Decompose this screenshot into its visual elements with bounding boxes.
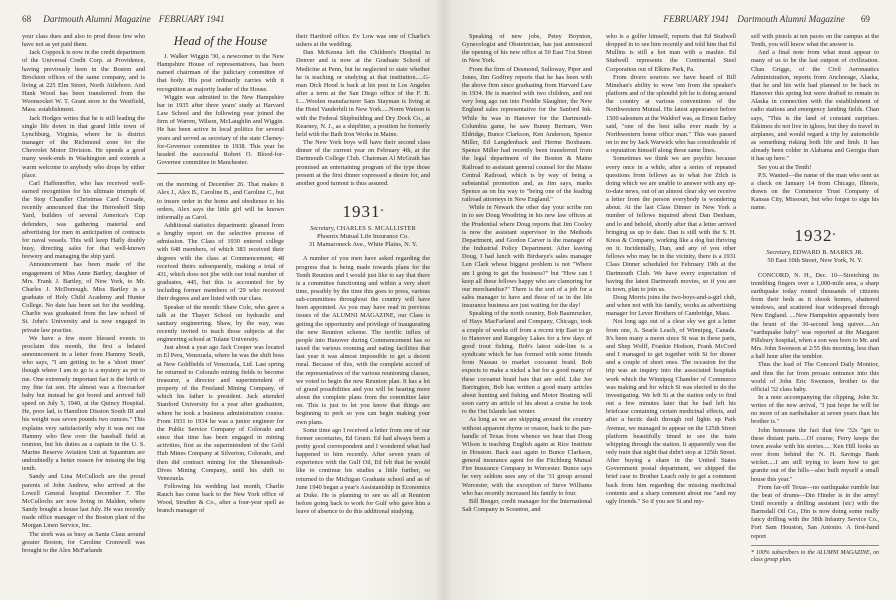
paragraph: self with pistols at ten paces on the ca…	[751, 33, 879, 49]
issue-date: FEBRUARY 1941	[663, 14, 729, 24]
magazine-title: Dartmouth Alumni Magazine	[737, 14, 845, 24]
column: your class dues and also to prod those f…	[22, 33, 145, 555]
paragraph: In a note accompanying the clipping, Joh…	[751, 394, 879, 427]
secretary-line: Secretary, CHARLES S. MCALLISTER	[296, 225, 430, 233]
paragraph: on the morning of December 26. That make…	[157, 181, 284, 222]
paragraph: As long as we are skipping around the co…	[462, 416, 592, 498]
paragraph: Doug Morris joins the two-boys-and-a-gir…	[606, 294, 736, 318]
paragraph: John bemoans the fact that few '32s "get…	[751, 427, 879, 484]
paragraph: Wiggin was admitted to the New Hampshire…	[157, 94, 284, 167]
column: Head of the House J. Walker Wiggin '30, …	[157, 33, 284, 516]
paragraph: And a final note from what must appear t…	[751, 49, 879, 163]
paragraph: Sometimes we think we are psychic becaus…	[606, 155, 736, 294]
class-section-1932: 1932* Secretary, EDWARD B. MARKS JR. 50 …	[751, 226, 879, 540]
magazine-title: Dartmouth Alumni Magazine	[43, 14, 151, 24]
right-page: FEBRUARY 1941Dartmouth Alumni Magazine69…	[448, 0, 896, 600]
running-head-left: 68Dartmouth Alumni MagazineFEBRUARY 1941	[22, 14, 225, 24]
paragraph: While in Newark the other day your scrib…	[462, 204, 592, 310]
paragraph: your class dues and also to prod those f…	[22, 33, 145, 49]
column: Speaking of new jobs, Petey Boynton, Gyn…	[462, 33, 592, 514]
class-heading: 1931*	[296, 202, 430, 222]
paragraph: The New York boys will have their second…	[296, 139, 430, 188]
secretary-name: CHARLES S. MCALLISTER	[336, 225, 415, 232]
paragraph: Following his wedding last month, Charli…	[157, 483, 284, 516]
paragraph: J. Walker Wiggin '30, a newcomer to the …	[157, 53, 284, 94]
paragraph: A number of you men have asked regarding…	[296, 255, 430, 426]
sidebar-title: Head of the House	[157, 33, 284, 49]
paragraph: their Hartford office. Ev Low was one of…	[296, 33, 430, 49]
paragraph: Announcement has been made of the engage…	[22, 261, 145, 334]
divider	[157, 173, 284, 174]
secretary-address: 31 Mamaroneck Ave., White Plains, N. Y.	[296, 241, 430, 249]
paragraph: The stork was as busy as Santa Claus aro…	[22, 531, 145, 555]
left-page: 68Dartmouth Alumni MagazineFEBRUARY 1941…	[0, 0, 448, 600]
paragraph: CONCORD, N. H., Dec. 10—Stretching its t…	[751, 272, 879, 362]
paragraph: Speaking of new jobs, Petey Boynton, Gyn…	[462, 33, 592, 66]
paragraph: From far-off Texas—no earthquake rumble …	[751, 484, 879, 541]
class-section-1931: 1931* Secretary, CHARLES S. MCALLISTER P…	[296, 202, 430, 516]
magazine-spread: 68Dartmouth Alumni MagazineFEBRUARY 1941…	[0, 0, 896, 600]
paragraph: Speaking of the north country, Bob Baumr…	[462, 310, 592, 416]
paragraph: Dan McKenna left the Children's Hospital…	[296, 49, 430, 139]
secretary-name: EDWARD B. MARKS JR.	[793, 249, 864, 256]
footnote-divider	[751, 545, 879, 546]
paragraph: Not long ago out of a clear sky we got a…	[606, 318, 736, 506]
secretary-address: 50 East 10th Street, New York, N. Y.	[751, 257, 879, 265]
column: self with pistols at ten paces on the ca…	[751, 33, 879, 565]
paragraph: Thus the lead of The Concord Daily Monit…	[751, 361, 879, 394]
paragraph: Bill Benger, credit manager for the Inte…	[462, 498, 592, 514]
paragraph: Speaker of the month: Shaw Cole, who gav…	[157, 304, 284, 345]
paragraph: Just about a year ago Jack Cooper was lo…	[157, 344, 284, 483]
paragraph: who is a golfer himself, reports that Ed…	[606, 33, 736, 74]
issue-date: FEBRUARY 1941	[159, 14, 225, 24]
running-head-right: FEBRUARY 1941Dartmouth Alumni Magazine69	[663, 14, 870, 24]
paragraph: We have a few more blessed events to pro…	[22, 335, 145, 474]
column: who is a golfer himself, reports that Ed…	[606, 33, 736, 506]
paragraph: From divers sources we have heard of Bil…	[606, 74, 736, 156]
paragraph: Carl Haffenreffer, who has received well…	[22, 180, 145, 262]
paragraph: See you at the Tenth!	[751, 164, 879, 172]
paragraph: From the firm of Desmond, Sulloway, Pipe…	[462, 66, 592, 205]
page-number: 69	[861, 14, 870, 24]
subscriber-marker: *	[381, 209, 384, 215]
footnote: * 100% subscribers to the ALUMNI MAGAZIN…	[751, 550, 879, 565]
class-heading: 1932*	[751, 226, 879, 246]
paragraph: Jack Coppock is now in the credit depart…	[22, 49, 145, 114]
paragraph: Jack Hodges writes that he is still lead…	[22, 115, 145, 180]
column: their Hartford office. Ev Low was one of…	[296, 33, 430, 516]
secretary-address: Phoenix Mutual Life Insurance Co.	[296, 233, 430, 241]
sidebar-box: Head of the House J. Walker Wiggin '30, …	[157, 33, 284, 174]
paragraph: Some time ago I received a letter from o…	[296, 427, 430, 517]
paragraph: Sandy and Lina McCulloch are the proud p…	[22, 473, 145, 530]
subscriber-marker: *	[833, 233, 836, 239]
secretary-line: Secretary, EDWARD B. MARKS JR.	[751, 249, 879, 257]
paragraph: P.S. Wanted—the name of the man who sent…	[751, 172, 879, 213]
page-number: 68	[22, 14, 31, 24]
paragraph: Additional statistics department: gleane…	[157, 222, 284, 304]
